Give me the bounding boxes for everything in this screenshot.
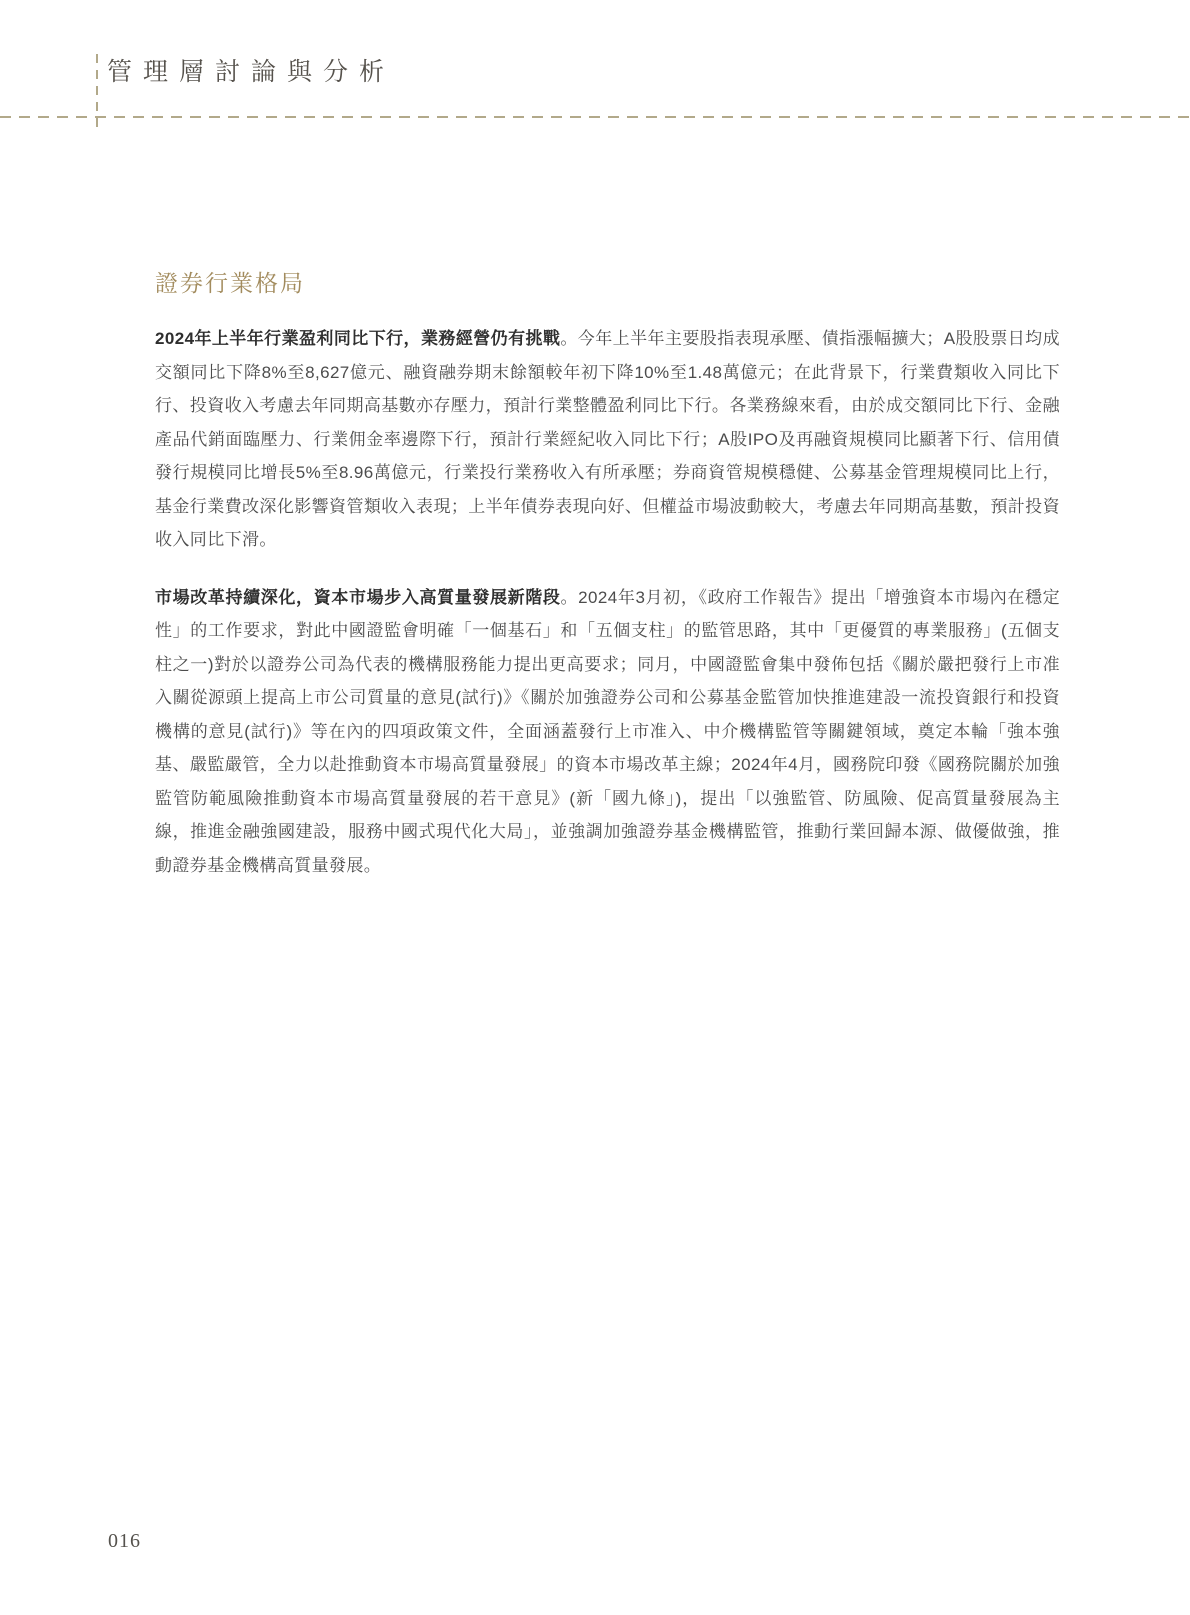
- paragraph-industry-profit: 2024年上半年行業盈利同比下行，業務經營仍有挑戰。今年上半年主要股指表現承壓、…: [155, 322, 1060, 557]
- paragraph-body-text: 。2024年3月初，《政府工作報告》提出「增強資本市場內在穩定性」的工作要求，對…: [155, 588, 1060, 875]
- main-content: 證券行業格局 2024年上半年行業盈利同比下行，業務經營仍有挑戰。今年上半年主要…: [155, 265, 1060, 906]
- paragraph-lead-sentence: 市場改革持續深化，資本市場步入高質量發展新階段: [155, 588, 561, 607]
- page-number: 016: [108, 1530, 141, 1553]
- page-header-title: 管理層討論與分析: [107, 52, 395, 88]
- paragraph-lead-sentence: 2024年上半年行業盈利同比下行，業務經營仍有挑戰: [155, 329, 560, 348]
- horizontal-dashed-rule: [0, 116, 1190, 118]
- vertical-dashed-rule: [96, 54, 98, 134]
- paragraph-market-reform: 市場改革持續深化，資本市場步入高質量發展新階段。2024年3月初，《政府工作報告…: [155, 581, 1060, 883]
- section-title: 證券行業格局: [155, 265, 1060, 298]
- paragraph-body-text: 。今年上半年主要股指表現承壓、債指漲幅擴大；A股股票日均成交額同比下降8%至8,…: [155, 329, 1060, 549]
- document-page: 管理層討論與分析 證券行業格局 2024年上半年行業盈利同比下行，業務經營仍有挑…: [0, 0, 1190, 1615]
